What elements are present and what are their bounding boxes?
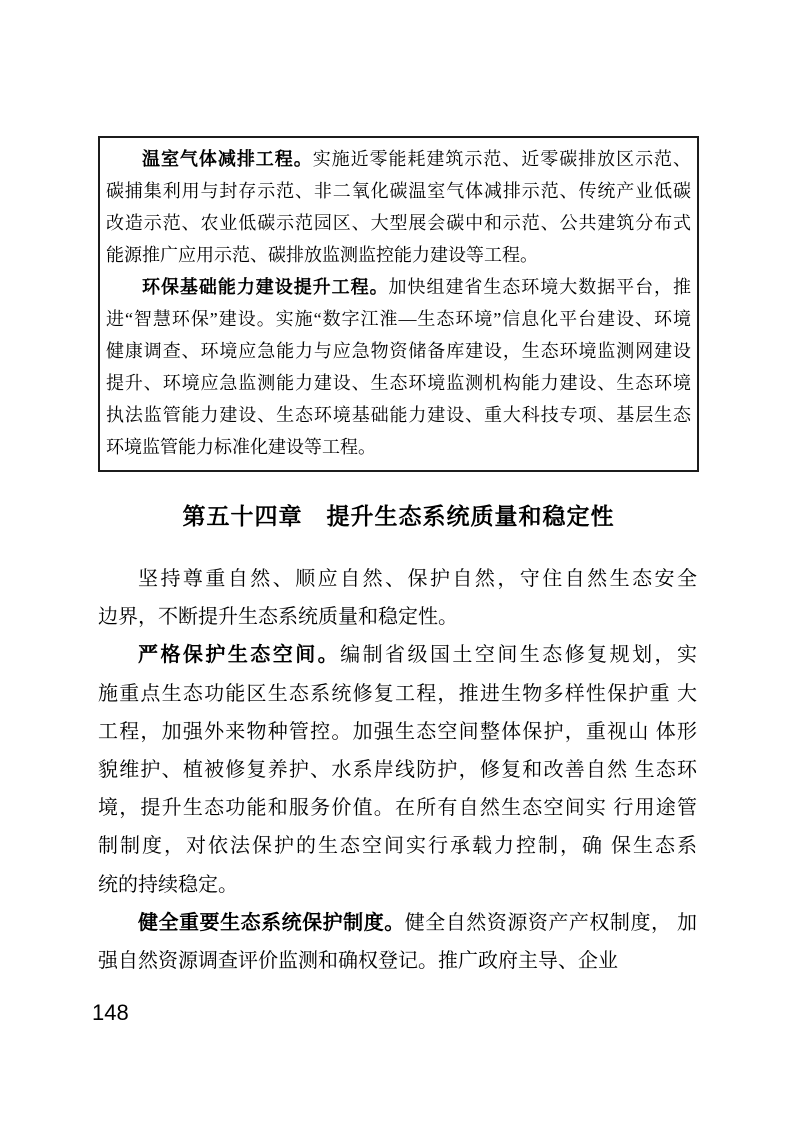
text-line: 制制度，对依法保护的生态空间实行承载力控制，确 保生态系: [98, 827, 697, 865]
paragraph-lead: 严格保护生态空间。: [138, 644, 340, 666]
text-line: 境，提升生态功能和服务价值。在所有自然生态空间实 行用途管: [98, 789, 697, 827]
body-paragraph-1: 坚持尊重自然、顺应自然、保护自然，守住自然生态安全 边界，不断提升生态系统质量和…: [98, 560, 697, 636]
text-line: 貌维护、植被修复养护、水系岸线防护，修复和改善自然 生态环: [98, 751, 697, 789]
document-page: 温室气体减排工程。实施近零能耗建筑示范、近零碳排放区示范、 碳捕集利用与封存示范…: [0, 0, 793, 1122]
text-run: 健全自然资源资产产权制度， 加: [405, 912, 697, 934]
text-run: 编制省级国土空间生态修复规划，实: [340, 644, 697, 666]
body-paragraph-2: 严格保护生态空间。编制省级国土空间生态修复规划，实 施重点生态功能区生态系统修复…: [98, 636, 697, 903]
body-text: 坚持尊重自然、顺应自然、保护自然，守住自然生态安全 边界，不断提升生态系统质量和…: [98, 560, 697, 980]
text-line: 坚持尊重自然、顺应自然、保护自然，守住自然生态安全: [98, 560, 697, 598]
text-line: 环境监管能力标准化建设等工程。: [106, 431, 691, 463]
text-line: 工程，加强外来物种管控。加强生态空间整体保护，重视山 体形: [98, 713, 697, 751]
text-line: 执法监管能力建设、生态环境基础能力建设、重大科技专项、基层生态: [106, 399, 691, 431]
chapter-heading: 第五十四章 提升生态系统质量和稳定性: [98, 500, 699, 532]
text-line: 健康调查、环境应急能力与应急物资储备库建设，生态环境监测网建设: [106, 335, 691, 367]
text-line: 提升、环境应急监测能力建设、生态环境监测机构能力建设、生态环境: [106, 367, 691, 399]
text-line: 进“智慧环保”建设。实施“数字江淮—生态环境”信息化平台建设、环境: [106, 303, 691, 335]
text-line: 严格保护生态空间。编制省级国土空间生态修复规划，实: [98, 636, 697, 674]
text-line: 施重点生态功能区生态系统修复工程，推进生物多样性保护重 大: [98, 675, 697, 713]
text-line: 改造示范、农业低碳示范园区、大型展会碳中和示范、公共建筑分布式: [106, 207, 691, 239]
paragraph-lead: 健全重要生态系统保护制度。: [138, 912, 405, 934]
text-line: 温室气体减排工程。实施近零能耗建筑示范、近零碳排放区示范、: [106, 143, 691, 175]
project-box: 温室气体减排工程。实施近零能耗建筑示范、近零碳排放区示范、 碳捕集利用与封存示范…: [98, 136, 699, 472]
paragraph-lead: 温室气体减排工程。: [142, 149, 313, 169]
paragraph-lead: 环保基础能力建设提升工程。: [142, 277, 389, 297]
text-line: 碳捕集利用与封存示范、非二氧化碳温室气体减排示范、传统产业低碳: [106, 175, 691, 207]
text-line: 强自然资源调查评价监测和确权登记。推广政府主导、企业: [98, 942, 697, 980]
text-line: 能源推广应用示范、碳排放监测监控能力建设等工程。: [106, 239, 691, 271]
box-paragraph-greenhouse-gas: 温室气体减排工程。实施近零能耗建筑示范、近零碳排放区示范、 碳捕集利用与封存示范…: [106, 143, 691, 271]
body-paragraph-3: 健全重要生态系统保护制度。健全自然资源资产产权制度， 加 强自然资源调查评价监测…: [98, 904, 697, 980]
text-run: 实施近零能耗建筑示范、近零碳排放区示范、: [313, 149, 691, 169]
text-line: 边界，不断提升生态系统质量和稳定性。: [98, 598, 697, 636]
text-line: 健全重要生态系统保护制度。健全自然资源资产产权制度， 加: [98, 904, 697, 942]
text-line: 统的持续稳定。: [98, 866, 697, 904]
text-line: 环保基础能力建设提升工程。加快组建省生态环境大数据平台，推: [106, 271, 691, 303]
text-run: 加快组建省生态环境大数据平台，推: [389, 277, 691, 297]
box-paragraph-env-capacity: 环保基础能力建设提升工程。加快组建省生态环境大数据平台，推 进“智慧环保”建设。…: [106, 271, 691, 463]
page-number: 148: [92, 1000, 129, 1026]
